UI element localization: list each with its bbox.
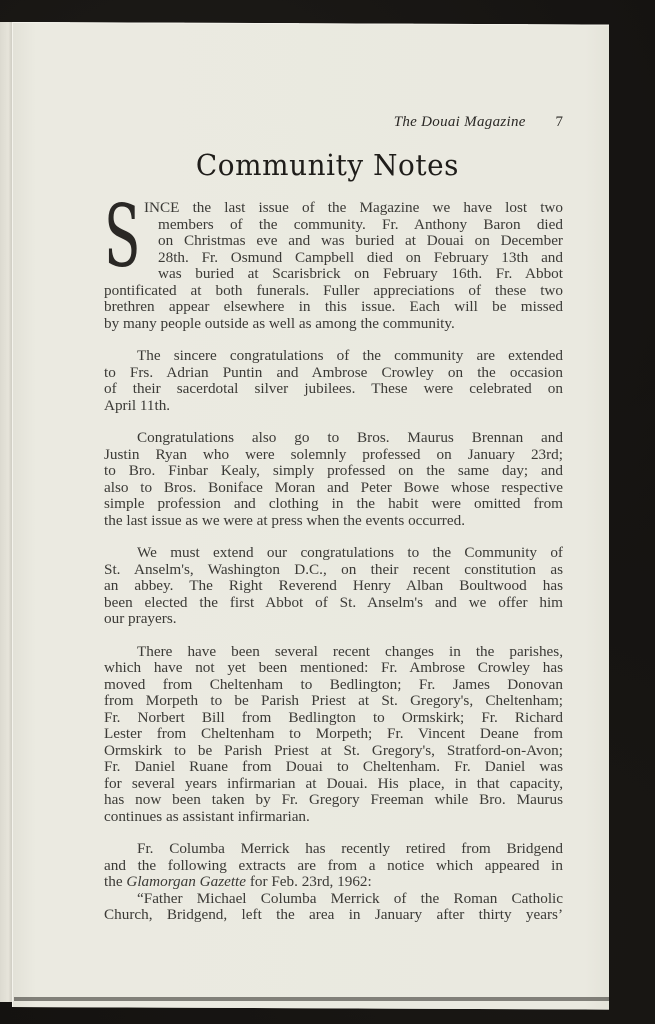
- text-line: of their sacerdotal silver jubilees. The…: [104, 381, 563, 398]
- text-line: for several years infirmarian at Douai. …: [104, 776, 563, 793]
- paragraph-st-anselms: We must extend our congratulations to th…: [104, 545, 563, 628]
- text-line: St. Anselm's, Washington D.C., on their …: [104, 562, 563, 579]
- paragraph-silver-jubilees: The sincere congratulations of the commu…: [104, 348, 563, 414]
- text-line: Lester from Cheltenham to Morpeth; Fr. V…: [104, 726, 563, 743]
- publication-name: The Douai Magazine: [394, 114, 526, 130]
- text-line: 28th. Fr. Osmund Campbell died on Februa…: [158, 250, 563, 267]
- text-line: Fr. Norbert Bill from Bedlington to Orms…: [104, 710, 563, 727]
- paragraph-parish-changes: There have been several recent changes i…: [104, 644, 563, 826]
- text-line: There have been several recent changes i…: [104, 644, 563, 661]
- drop-cap: S: [104, 202, 141, 272]
- scanned-page-photo: The Douai Magazine 7 Community Notes S I…: [0, 0, 655, 1024]
- text-line: moved from Cheltenham to Bedlington; Fr.…: [104, 677, 563, 694]
- text-line: simple profession and clothing in the ha…: [104, 496, 563, 513]
- text-line: We must extend our congratulations to th…: [104, 545, 563, 562]
- text-line: was buried at Scarisbrick on February 16…: [158, 266, 563, 283]
- text-line: our prayers.: [104, 611, 563, 628]
- text-line: an abbey. The Right Reverend Henry Alban…: [104, 578, 563, 595]
- quote-line: Church, Bridgend, left the area in Janua…: [104, 907, 563, 924]
- text-line: has now been taken by Fr. Gregory Freema…: [104, 792, 563, 809]
- text-fragment: for Feb. 23rd, 1962:: [246, 873, 372, 890]
- text-line: on Christmas eve and was buried at Douai…: [158, 233, 563, 250]
- text-line: to Frs. Adrian Puntin and Ambrose Crowle…: [104, 365, 563, 382]
- text-line: Justin Ryan who were solemnly professed …: [104, 447, 563, 464]
- text-line: and the following extracts are from a no…: [104, 858, 563, 875]
- article-title: Community Notes: [13, 148, 642, 182]
- text-line: Fr. Columba Merrick has recently retired…: [104, 841, 563, 858]
- page-bottom-edge: [14, 997, 609, 1001]
- text-line: Congratulations also go to Bros. Maurus …: [104, 430, 563, 447]
- paragraph-obituaries: S INCE the last issue of the Magazine we…: [104, 200, 563, 332]
- text-line: by many people outside as well as among …: [104, 316, 563, 333]
- text-line: pontificated at both funerals. Fuller ap…: [104, 283, 563, 300]
- text-line: continues as assistant infirmarian.: [104, 809, 563, 826]
- text-line: brethren appear elsewhere in this issue.…: [104, 299, 563, 316]
- paragraph-professions: Congratulations also go to Bros. Maurus …: [104, 430, 563, 529]
- text-line: Fr. Daniel Ruane from Douai to Cheltenha…: [104, 759, 563, 776]
- text-line: also to Bros. Boniface Moran and Peter B…: [104, 480, 563, 497]
- newspaper-title: Glamorgan Gazette: [126, 873, 246, 890]
- quote-line: “Father Michael Columba Merrick of the R…: [104, 891, 563, 908]
- text-fragment: the: [104, 873, 126, 890]
- article-body: S INCE the last issue of the Magazine we…: [104, 200, 563, 940]
- page-number: 7: [556, 114, 564, 131]
- text-line: the last issue as we were at press when …: [104, 513, 563, 530]
- facing-page-edge: [0, 22, 12, 1002]
- text-line: been elected the first Abbot of St. Anse…: [104, 595, 563, 612]
- text-line: to Bro. Finbar Kealy, simply professed o…: [104, 463, 563, 480]
- running-head: The Douai Magazine 7: [0, 114, 563, 131]
- text-line: which have not yet been mentioned: Fr. A…: [104, 660, 563, 677]
- text-line: members of the community. Fr. Anthony Ba…: [158, 217, 563, 234]
- text-line-citation: the Glamorgan Gazette for Feb. 23rd, 196…: [104, 874, 563, 891]
- text-line: The sincere congratulations of the commu…: [104, 348, 563, 365]
- text-line: April 11th.: [104, 398, 563, 415]
- text-line: INCE the last issue of the Magazine we h…: [144, 200, 563, 217]
- text-line: from Morpeth to be Parish Priest at St. …: [104, 693, 563, 710]
- text-line: Ormskirk to be Parish Priest at St. Greg…: [104, 743, 563, 760]
- paragraph-columba-merrick: Fr. Columba Merrick has recently retired…: [104, 841, 563, 924]
